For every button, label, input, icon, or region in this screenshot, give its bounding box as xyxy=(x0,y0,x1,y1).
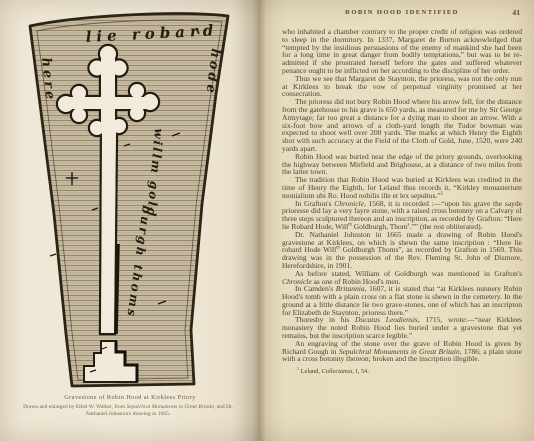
paragraph: Dr. Nathaniel Johnston in 1665 made a dr… xyxy=(282,231,522,270)
paragraph: An engraving of the stone over the grave… xyxy=(282,340,522,363)
caption-credit: Drawn and enlarged by Ethel W. Walker, f… xyxy=(20,404,236,417)
body-text: who inhabited a chamber contrary to the … xyxy=(282,28,522,363)
running-header: ROBIN HOOD IDENTIFIED 41 xyxy=(282,9,522,22)
paragraph: The prioress did not bury Robin Hood whe… xyxy=(282,98,522,153)
book-spread: lie robard here hode willm gold burgh th… xyxy=(0,0,534,441)
caption-title: Gravestone of Robin Hood at Kirklees Pri… xyxy=(0,394,260,401)
right-page: ROBIN HOOD IDENTIFIED 41 who inhabited a… xyxy=(258,0,534,441)
paragraph: Thoresby in his Ducatus Leodiensis, 1715… xyxy=(282,316,522,339)
left-page: lie robard here hode willm gold burgh th… xyxy=(0,0,260,441)
paragraph: The tradition that Robin Hood was buried… xyxy=(282,176,522,199)
paragraph: In Camden's Britannia, 1607, it is state… xyxy=(282,285,522,316)
paragraph: Robin Hood was buried near the edge of t… xyxy=(282,153,522,176)
paragraph: Thus we see that Margaret de Staynton, t… xyxy=(282,75,522,98)
paragraph: In Grafton's Chronicle, 1568, it is reco… xyxy=(282,200,522,231)
paragraph: who inhabited a chamber contrary to the … xyxy=(282,28,522,75)
paragraph: As before stated, William of Goldburgh w… xyxy=(282,270,522,286)
footnote: 1 Leland, Collectanea, I, 54. xyxy=(282,368,522,375)
gravestone-illustration: lie robard here hode willm gold burgh th… xyxy=(6,4,250,390)
page-number: 41 xyxy=(512,8,520,17)
running-header-title: ROBIN HOOD IDENTIFIED xyxy=(282,9,522,16)
gravestone-drawing: lie robard here hode willm gold burgh th… xyxy=(6,4,250,390)
stone-slab xyxy=(30,14,228,386)
